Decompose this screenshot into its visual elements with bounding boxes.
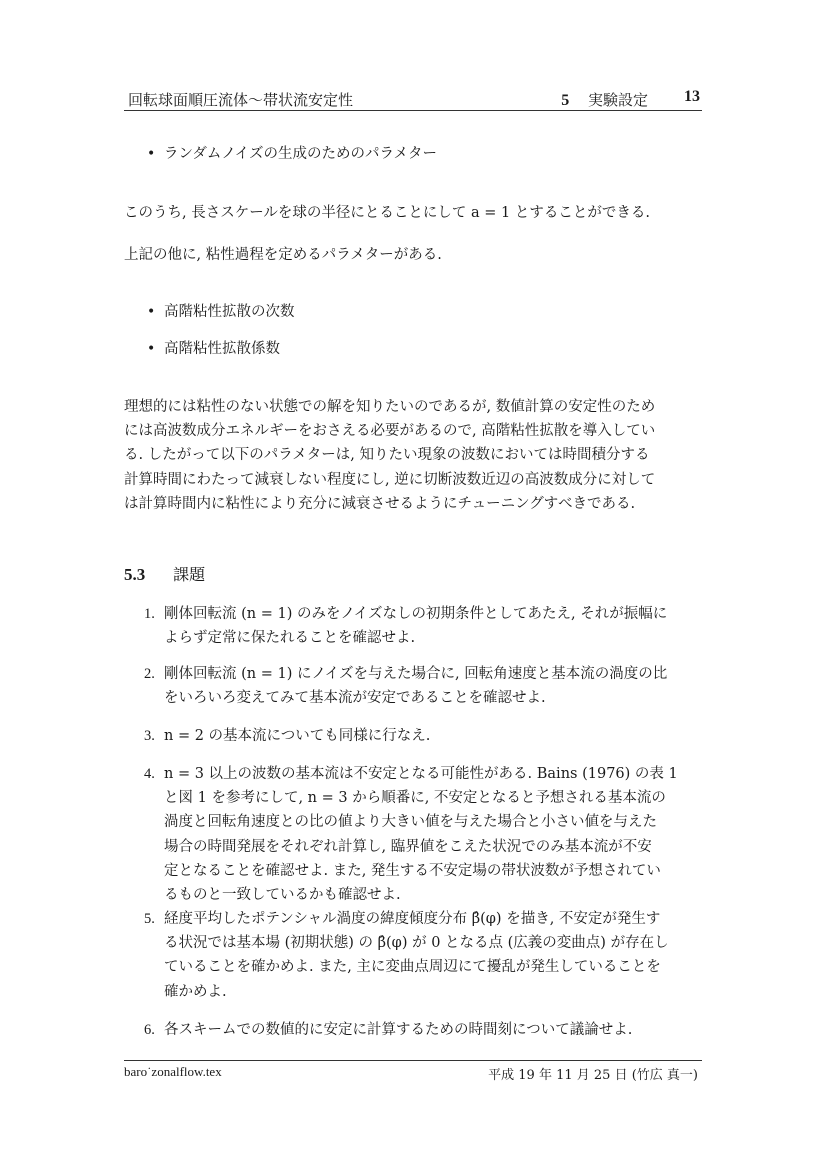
task-item: 1. 剛体回転流 (n = 1) のみをノイズなしの初期条件としてあたえ, それ… — [164, 602, 704, 650]
task-line: 経度平均したポテンシャル渦度の緯度傾度分布 β̂(φ) を描き, 不安定が発生す — [164, 907, 704, 931]
task-line: るものと一致しているかも確認せよ. — [164, 883, 704, 907]
section-number: 5.3 — [124, 565, 145, 584]
task-line: n = 2 の基本流についても同様に行なえ. — [164, 724, 704, 748]
task-line: 剛体回転流 (n = 1) のみをノイズなしの初期条件としてあたえ, それが振幅… — [164, 602, 704, 626]
paragraph-line: 計算時間にわたって減衰しない程度にし, 逆に切断波数近辺の高波数成分に対して — [124, 468, 704, 492]
task-item: 2. 剛体回転流 (n = 1) にノイズを与えた場合に, 回転角速度と基本流の… — [164, 662, 704, 710]
footer-divider — [124, 1060, 702, 1061]
task-line: をいろいろ変えてみて基本流が安定であることを確認せよ. — [164, 686, 704, 710]
task-line: 確かめよ. — [164, 980, 704, 1004]
task-item: 5. 経度平均したポテンシャル渦度の緯度傾度分布 β̂(φ) を描き, 不安定が… — [164, 907, 704, 1004]
paragraph-line: には高波数成分エネルギーをおさえる必要があるので, 高階粘性拡散を導入してい — [124, 419, 704, 443]
task-line: よらず定常に保たれることを確認せよ. — [164, 626, 704, 650]
task-line: ていることを確かめよ. また, 主に変曲点周辺にて擾乱が発生していることを — [164, 955, 704, 979]
paragraph: 上記の他に, 粘性過程を定めるパラメターがある. — [124, 243, 442, 267]
task-marker: 6. — [144, 1018, 155, 1042]
paragraph-viscosity-explanation: 理想的には粘性のない状態での解を知りたいのであるが, 数値計算の安定性のため に… — [124, 395, 704, 516]
task-line: n = 3 以上の波数の基本流は不安定となる可能性がある. Bains (197… — [164, 762, 704, 786]
paragraph-line: 理想的には粘性のない状態での解を知りたいのであるが, 数値計算の安定性のため — [124, 395, 704, 419]
footer-date-author: 平成 19 年 11 月 25 日 (竹広 真一) — [488, 1064, 698, 1083]
task-line: 剛体回転流 (n = 1) にノイズを与えた場合に, 回転角速度と基本流の渦度の… — [164, 662, 704, 686]
running-header: 回転球面順圧流体〜帯状流安定性 5 実験設定 13 — [124, 88, 702, 111]
header-section-name: 実験設定 — [588, 91, 648, 109]
task-item: 4. n = 3 以上の波数の基本流は不安定となる可能性がある. Bains (… — [164, 762, 704, 907]
header-section-number: 5 — [561, 92, 569, 109]
task-line: と図 1 を参考にして, n = 3 から順番に, 不安定となると予想される基本… — [164, 786, 704, 810]
task-line: 定となることを確認せよ. また, 発生する不安定場の帯状波数が予想されてい — [164, 859, 704, 883]
page-number: 13 — [684, 88, 700, 106]
task-marker: 3. — [144, 724, 155, 748]
task-marker: 4. — [144, 762, 155, 786]
paragraph: このうち, 長さスケールを球の半径にとることにして a = 1 とすることができ… — [124, 201, 650, 225]
task-item: 6. 各スキームでの数値的に安定に計算するための時間刻について議論せよ. — [164, 1018, 704, 1042]
task-marker: 5. — [144, 907, 155, 931]
bullet-item: ランダムノイズの生成のためのパラメター — [164, 142, 437, 166]
header-section: 5 実験設定 — [561, 89, 648, 110]
paragraph-line: る. したがって以下のパラメターは, 知りたい現象の波数においては時間積分する — [124, 443, 704, 467]
task-item: 3. n = 2 の基本流についても同様に行なえ. — [164, 724, 704, 748]
section-title: 課題 — [173, 565, 205, 584]
bullet-item: 高階粘性拡散係数 — [164, 337, 280, 361]
footer-filename: baro˙zonalflow.tex — [124, 1064, 222, 1080]
task-line: 場合の時間発展をそれぞれ計算し, 臨界値をこえた状況でのみ基本流が不安 — [164, 835, 704, 859]
task-line: る状況では基本場 (初期状態) の β̂(φ) が 0 となる点 (広義の変曲点… — [164, 931, 704, 955]
document-page: 回転球面順圧流体〜帯状流安定性 5 実験設定 13 ランダムノイズの生成のための… — [0, 0, 826, 1169]
bullet-item: 高階粘性拡散の次数 — [164, 300, 295, 324]
paragraph-line: は計算時間内に粘性により充分に減衰させるようにチューニングすべきである. — [124, 492, 704, 516]
task-marker: 2. — [144, 662, 155, 686]
task-line: 渦度と回転角速度との比の値より大きい値を与えた場合と小さい値を与えた — [164, 810, 704, 834]
header-title: 回転球面順圧流体〜帯状流安定性 — [128, 89, 353, 110]
task-marker: 1. — [144, 602, 155, 626]
task-line: 各スキームでの数値的に安定に計算するための時間刻について議論せよ. — [164, 1018, 704, 1042]
section-heading: 5.3 課題 — [124, 562, 205, 585]
